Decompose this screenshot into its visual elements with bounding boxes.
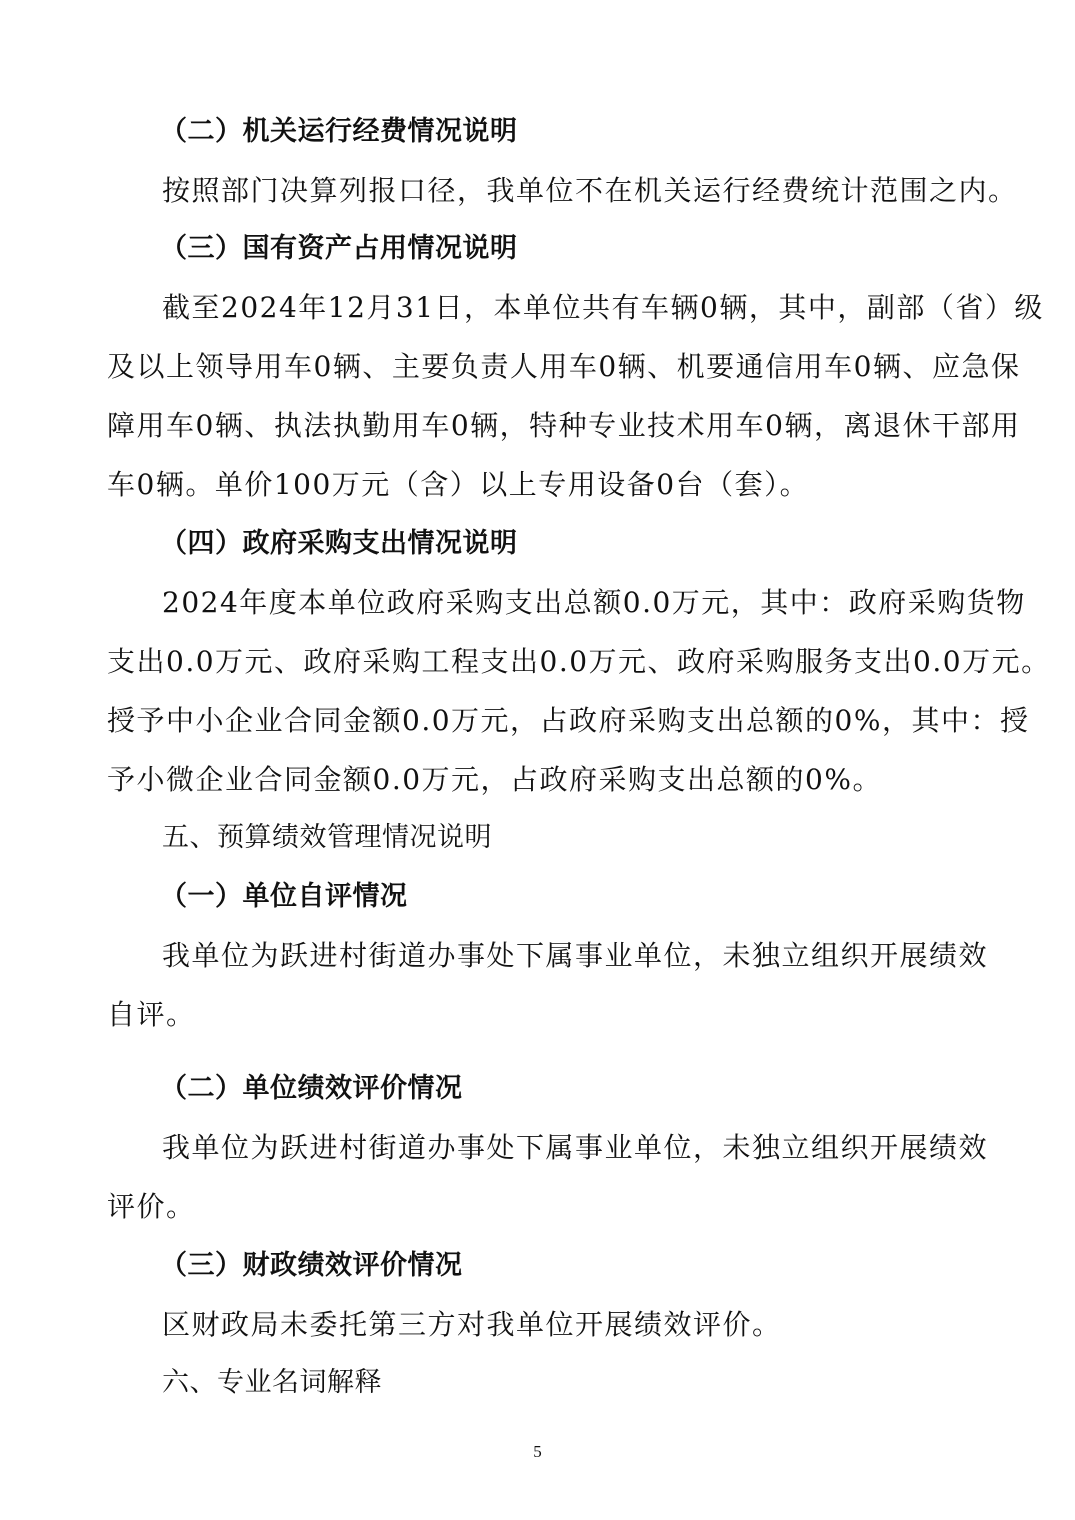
section-heading-operating-expenses: （二）机关运行经费情况说明: [160, 112, 1026, 152]
paragraph-procurement-line-2: 支出0.0万元、政府采购工程支出0.0万元、政府采购服务支出0.0万元。: [107, 642, 973, 682]
paragraph-state-assets-line-4: 车0辆。单价100万元（含）以上专用设备0台（套）。: [107, 465, 973, 505]
section-heading-state-assets: （三）国有资产占用情况说明: [160, 229, 1026, 269]
paragraph-procurement-line-4: 予小微企业合同金额0.0万元，占政府采购支出总额的0%。: [107, 760, 973, 800]
document-page: （二）机关运行经费情况说明 按照部门决算列报口径，我单位不在机关运行经费统计范围…: [0, 0, 1075, 1520]
section-heading-performance-management: 五、预算绩效管理情况说明: [162, 818, 1028, 858]
paragraph-procurement-line-1: 2024年度本单位政府采购支出总额0.0万元，其中：政府采购货物: [162, 583, 973, 623]
paragraph-operating-expenses: 按照部门决算列报口径，我单位不在机关运行经费统计范围之内。: [162, 171, 973, 211]
section-heading-unit-performance-evaluation: （二）单位绩效评价情况: [160, 1069, 1026, 1109]
section-heading-fiscal-performance-evaluation: （三）财政绩效评价情况: [160, 1246, 1026, 1286]
paragraph-unit-performance-line-1: 我单位为跃进村街道办事处下属事业单位，未独立组织开展绩效: [162, 1128, 973, 1168]
section-heading-glossary: 六、专业名词解释: [162, 1363, 1028, 1403]
paragraph-procurement-line-3: 授予中小企业合同金额0.0万元，占政府采购支出总额的0%，其中：授: [107, 701, 973, 741]
paragraph-state-assets-line-2: 及以上领导用车0辆、主要负责人用车0辆、机要通信用车0辆、应急保: [107, 347, 973, 387]
paragraph-self-evaluation-line-2: 自评。: [107, 995, 973, 1035]
section-heading-procurement: （四）政府采购支出情况说明: [160, 524, 1026, 564]
paragraph-state-assets-line-1: 截至2024年12月31日，本单位共有车辆0辆，其中，副部（省）级: [162, 288, 973, 328]
section-heading-self-evaluation: （一）单位自评情况: [160, 877, 1026, 917]
paragraph-unit-performance-line-2: 评价。: [107, 1187, 973, 1227]
page-number: 5: [0, 1440, 1075, 1464]
paragraph-fiscal-performance: 区财政局未委托第三方对我单位开展绩效评价。: [162, 1305, 973, 1345]
paragraph-state-assets-line-3: 障用车0辆、执法执勤用车0辆，特种专业技术用车0辆，离退休干部用: [107, 406, 973, 446]
paragraph-self-evaluation-line-1: 我单位为跃进村街道办事处下属事业单位，未独立组织开展绩效: [162, 936, 973, 976]
